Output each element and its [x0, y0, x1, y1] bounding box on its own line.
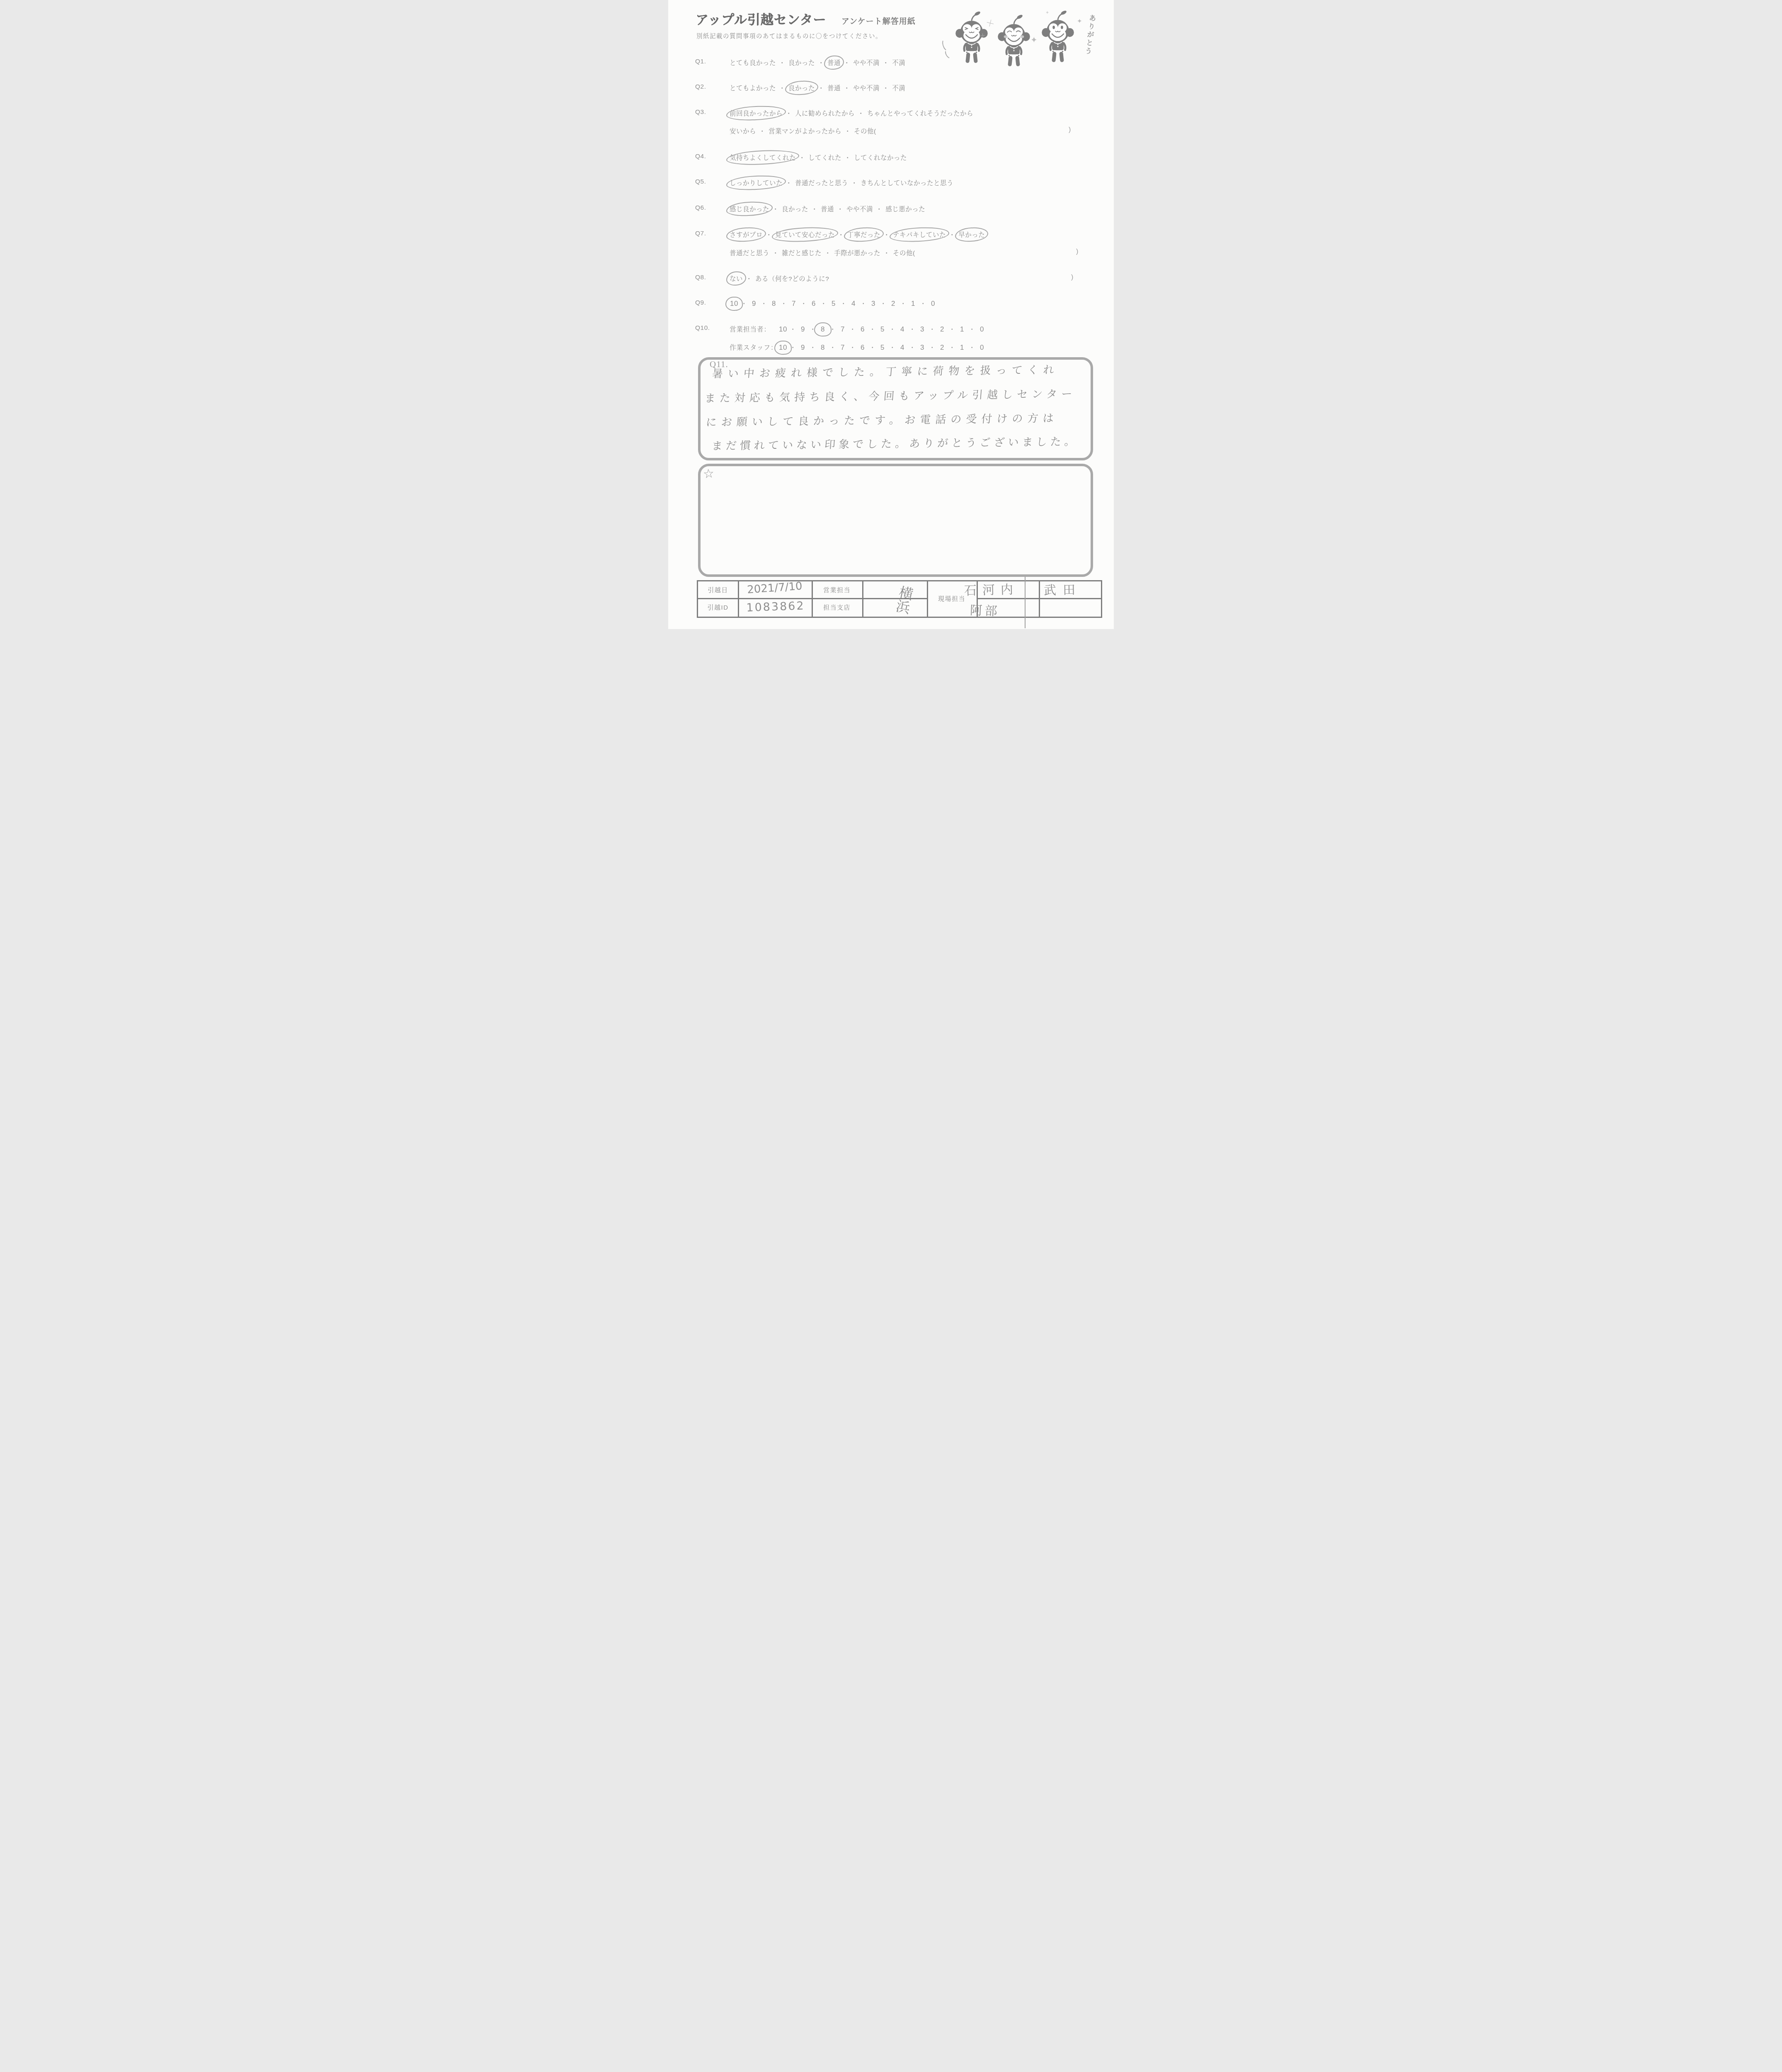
q10-sales-score-circled: 8 [818, 325, 827, 334]
q3-option: 営業マンがよかったから [769, 128, 841, 135]
q5-option-circled: しっかりしていた [730, 178, 783, 187]
q4-option-circled: 気持ちよくしてくれた [730, 153, 796, 162]
q9-score: 9 [749, 300, 759, 308]
q9-score: 5 [829, 300, 838, 308]
q1-label: Q1. [695, 58, 706, 65]
q2-option: 不満 [892, 85, 905, 92]
q9-label: Q9. [695, 299, 706, 307]
q3-option: 安いから [730, 128, 756, 135]
q10-staff-score-circled: 10 [778, 344, 788, 352]
q2-option: 普通 [827, 85, 841, 92]
q7-label: Q7. [695, 230, 706, 237]
q9-score: 8 [769, 300, 778, 308]
q7-option: 手際が悪かった [834, 250, 880, 257]
q7-option-circled: 早かった [958, 230, 985, 239]
q4-option: してくれなかった [854, 155, 907, 162]
q2-options: とてもよかった・良かった・普通・やや不満・不満 [730, 83, 905, 92]
q10-staff-score: 4 [898, 344, 907, 352]
q6-label: Q6. [695, 204, 706, 212]
q10-sales-score: 1 [958, 325, 967, 334]
instruction-text: 別紙記載の質問事項のあてはまるものに〇をつけてください。 [696, 31, 882, 40]
q10-label: Q10. [695, 324, 710, 332]
table-grid-line [1039, 581, 1040, 617]
q10-sales-name: 営業担当者： [730, 324, 778, 334]
q5-label: Q5. [695, 178, 706, 186]
q3-options-line2: 安いから・営業マンがよかったから・その他( [730, 126, 876, 136]
site-crew-name-3: 阿部 [970, 600, 1000, 619]
q3-option: ちゃんとやってくれそうだったから [867, 110, 973, 117]
q3-options-line1: 前回良かったから・人に勧められたから・ちゃんとやってくれそうだったから [730, 109, 973, 118]
q10-sales-score: 0 [977, 325, 987, 334]
q3-option-circled: 前回良かったから [730, 109, 783, 118]
q8-option: ある（何を?どのように? [755, 276, 829, 283]
plus-sparkle-icon: ＋ [979, 31, 987, 40]
q10-staff-name: 作業スタッフ： [730, 343, 778, 352]
pen-stroke-artifact [1025, 577, 1026, 628]
q5-options: しっかりしていた・普通だったと思う・きちんとしていなかったと思う [730, 178, 953, 187]
q7-option: 普通だと思う [730, 250, 769, 257]
site-crew-name-1: 石河内 [964, 579, 1019, 598]
move-date-label: 引越日 [698, 581, 738, 598]
q8-options: ない・ある（何を?どのように? [730, 274, 829, 283]
q10-staff-score: 9 [798, 344, 807, 352]
q8-close-paren: ) [1071, 274, 1073, 281]
q2-label: Q2. [695, 83, 706, 91]
q9-score-circled: 10 [730, 300, 739, 308]
q10-sales-scale: 営業担当者：10・9・8・7・6・5・4・3・2・1・0 [730, 324, 987, 334]
q7-option: 雑だと感じた [782, 250, 822, 257]
q10-staff-score: 0 [977, 344, 987, 352]
q3-label: Q3. [695, 109, 706, 116]
q10-sales-score: 4 [898, 325, 907, 334]
diamond-sparkle-icon: ✦ [1030, 35, 1038, 45]
q1-option-circled: 普通 [827, 58, 841, 67]
q10-sales-score: 10 [778, 325, 788, 334]
sales-rep-label: 営業担当 [812, 581, 862, 598]
site-crew-name-2: 武田 [1044, 579, 1082, 598]
q9-score: 2 [889, 300, 898, 308]
q2-option: やや不満 [853, 85, 880, 92]
q3-close-paren: ) [1069, 126, 1071, 134]
table-grid-line [977, 598, 1101, 599]
q7-close-paren: ) [1076, 248, 1078, 256]
q5-option: 普通だったと思う [795, 180, 848, 187]
q9-score: 1 [909, 300, 918, 308]
q7-option-circled: 見ていて安心だった [775, 230, 835, 239]
q6-option-circled: 感じ良かった [730, 204, 769, 213]
q10-staff-score: 5 [878, 344, 887, 352]
q10-staff-score: 1 [958, 344, 967, 352]
monkey-mascot-icon-3 [1040, 10, 1076, 65]
q1-option: やや不満 [853, 60, 880, 67]
monkey-mascot-icon-2 [996, 14, 1032, 69]
q9-score: 7 [789, 300, 798, 308]
branch-label: 担当支店 [812, 599, 862, 615]
q8-option-circled: ない [730, 274, 743, 283]
q5-option: きちんとしていなかったと思う [861, 180, 953, 187]
q7-option-other: その他( [893, 250, 915, 257]
star-note-mark: ☆ [703, 466, 715, 482]
thanks-vertical-text: ありがとう [1080, 14, 1098, 73]
q7-options-line1: さすがプロ・見ていて安心だった・丁寧だった・テキパキしていた・早かった [730, 230, 985, 239]
q10-sales-score: 7 [838, 325, 847, 334]
q4-options: 気持ちよくしてくれた・してくれた・してくれなかった [730, 153, 907, 162]
q1-option: とても良かった [730, 60, 776, 67]
move-id-value: 1083862 [739, 599, 813, 615]
q9-score: 3 [869, 300, 878, 308]
q1-options: とても良かった・良かった・普通・やや不満・不満 [730, 58, 905, 67]
q10-sales-score: 2 [938, 325, 947, 334]
sheet-subtitle: アンケート解答用紙 [841, 15, 916, 27]
q10-staff-score: 3 [918, 344, 927, 352]
q6-option: 感じ悪かった [885, 206, 925, 213]
q6-option: 良かった [782, 206, 808, 213]
brand-title: アップル引越センター [696, 9, 826, 28]
q2-option-circled: 良かった [788, 83, 815, 92]
q10-staff-score: 6 [858, 344, 867, 352]
q3-option: 人に勧められたから [795, 110, 855, 117]
q9-score: 0 [929, 300, 938, 308]
q9-score: 6 [809, 300, 818, 308]
q6-option: 普通 [821, 206, 834, 213]
q6-option: やや不満 [846, 206, 873, 213]
q2-option: とてもよかった [730, 85, 776, 92]
diamond-sparkle-icon: ✦ [1077, 17, 1082, 25]
q7-option-circled: テキパキしていた [893, 230, 946, 239]
q4-label: Q4. [695, 153, 706, 160]
q7-option-circled: 丁寧だった [847, 230, 880, 239]
q10-sales-score: 6 [858, 325, 867, 334]
q3-option-other: その他( [854, 128, 876, 135]
move-id-label: 引越ID [698, 599, 738, 615]
q1-option: 良かった [788, 60, 815, 67]
q10-sales-score: 9 [798, 325, 807, 334]
q7-options-line2: 普通だと思う・雑だと感じた・手際が悪かった・その他( [730, 248, 915, 257]
diamond-sparkle-icon: ✦ [1045, 10, 1049, 15]
q6-options: 感じ良かった・良かった・普通・やや不満・感じ悪かった [730, 204, 925, 213]
note-box [698, 464, 1093, 577]
q10-staff-score: 2 [938, 344, 947, 352]
q10-sales-score: 3 [918, 325, 927, 334]
q10-staff-scale: 作業スタッフ：10・9・8・7・6・5・4・3・2・1・0 [730, 343, 987, 352]
q10-sales-score: 5 [878, 325, 887, 334]
survey-answer-sheet: アップル引越センター アンケート解答用紙 別紙記載の質問事項のあてはまるものに〇… [668, 0, 1114, 629]
q7-option-circled: さすがプロ [730, 230, 763, 239]
q9-scale: 10・9・8・7・6・5・4・3・2・1・0 [730, 299, 938, 308]
q9-score: 4 [849, 300, 858, 308]
q4-option: してくれた [808, 155, 841, 162]
q8-label: Q8. [695, 274, 706, 281]
q1-option: 不満 [892, 60, 905, 67]
q10-staff-score: 7 [838, 344, 847, 352]
q10-staff-score: 8 [818, 344, 827, 352]
